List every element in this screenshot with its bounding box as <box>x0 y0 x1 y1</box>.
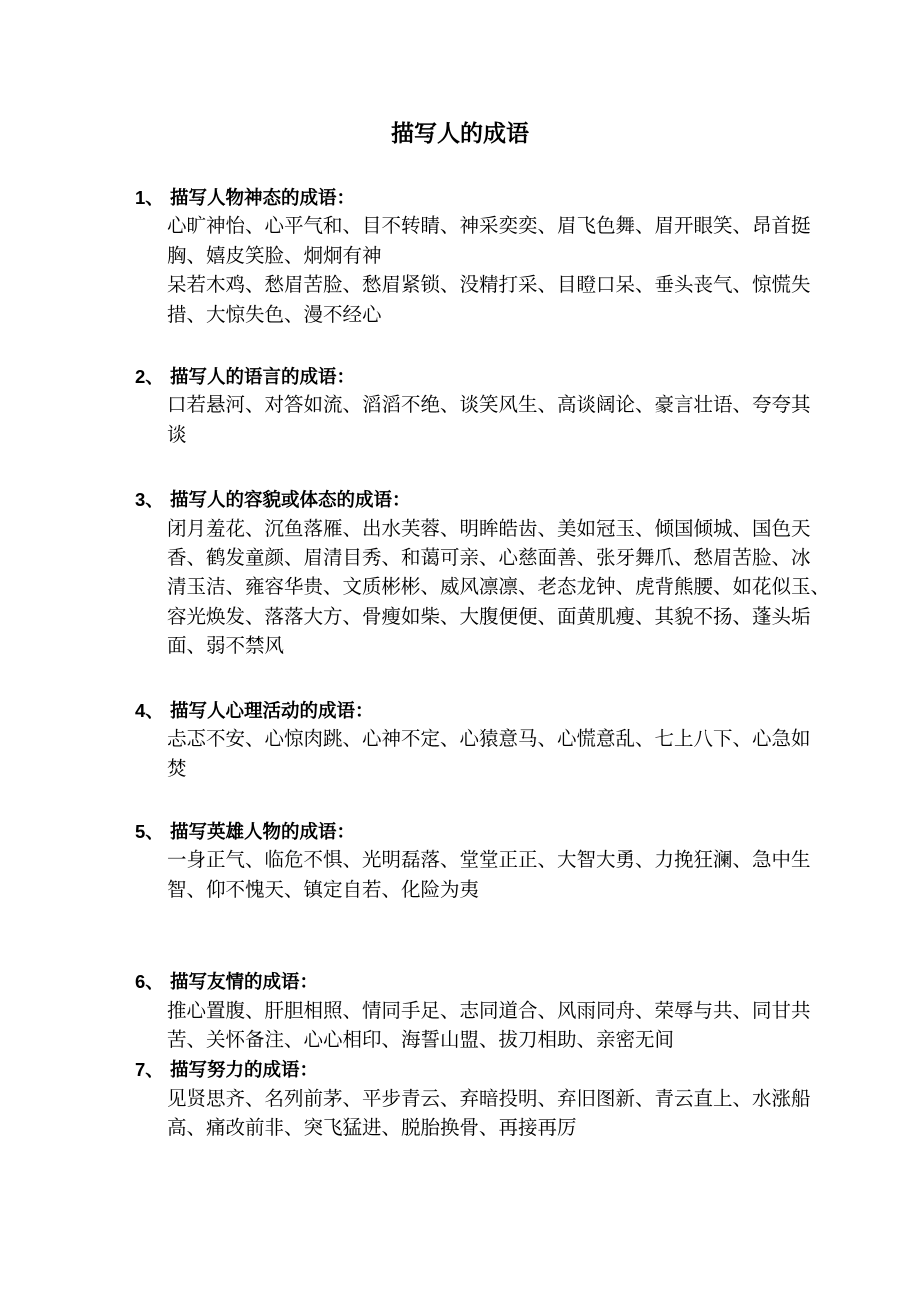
idiom-line: 面、弱不禁风 <box>0 632 920 661</box>
idiom-line: 谈 <box>0 421 920 450</box>
idiom-line: 一身正气、临危不惧、光明磊落、堂堂正正、大智大勇、力挽狂澜、急中生 <box>0 846 920 875</box>
idiom-line: 措、大惊失色、漫不经心 <box>0 301 920 330</box>
section-heading: 4、描写人心理活动的成语： <box>0 696 920 725</box>
idiom-line: 口若悬河、对答如流、滔滔不绝、谈笑风生、高谈阔论、豪言壮语、夸夸其 <box>0 391 920 420</box>
idiom-line: 苦、关怀备注、心心相印、海誓山盟、拔刀相助、亲密无间 <box>0 1026 920 1055</box>
section-heading: 3、描写人的容貌或体态的成语： <box>0 485 920 514</box>
section-number: 1、 <box>135 183 170 212</box>
idiom-line: 忐忑不安、心惊肉跳、心神不定、心猿意马、心慌意乱、七上八下、心急如 <box>0 725 920 754</box>
section-heading: 6、描写友情的成语： <box>0 967 920 996</box>
section-heading-text: 描写人心理活动的成语： <box>170 700 374 721</box>
section-heading-text: 描写英雄人物的成语： <box>170 821 355 842</box>
idiom-line: 见贤思齐、名列前茅、平步青云、弃暗投明、弃旧图新、青云直上、水涨船 <box>0 1085 920 1114</box>
section-number: 4、 <box>135 696 170 725</box>
idiom-line: 高、痛改前非、突飞猛进、脱胎换骨、再接再厉 <box>0 1114 920 1143</box>
section-heading-text: 描写人物神态的成语： <box>170 187 355 208</box>
section-facial-expression: 1、描写人物神态的成语： 心旷神怡、心平气和、目不转睛、神采奕奕、眉飞色舞、眉开… <box>0 183 920 330</box>
section-effort: 7、描写努力的成语： 见贤思齐、名列前茅、平步青云、弃暗投明、弃旧图新、青云直上… <box>0 1055 920 1143</box>
section-heading-text: 描写友情的成语： <box>170 971 318 992</box>
section-psychology: 4、描写人心理活动的成语： 忐忑不安、心惊肉跳、心神不定、心猿意马、心慌意乱、七… <box>0 696 920 784</box>
section-heading: 7、描写努力的成语： <box>0 1055 920 1084</box>
section-heading: 5、描写英雄人物的成语： <box>0 817 920 846</box>
section-number: 7、 <box>135 1055 170 1084</box>
page-title: 描写人的成语 <box>0 0 920 148</box>
idiom-line: 焚 <box>0 755 920 784</box>
section-heading-text: 描写人的语言的成语： <box>170 366 355 387</box>
idiom-line: 智、仰不愧天、镇定自若、化险为夷 <box>0 876 920 905</box>
section-heroes: 5、描写英雄人物的成语： 一身正气、临危不惧、光明磊落、堂堂正正、大智大勇、力挽… <box>0 817 920 905</box>
idiom-line: 闭月羞花、沉鱼落雁、出水芙蓉、明眸皓齿、美如冠玉、倾国倾城、国色天 <box>0 515 920 544</box>
idiom-line: 清玉洁、雍容华贵、文质彬彬、威风凛凛、老态龙钟、虎背熊腰、如花似玉、 <box>0 573 920 602</box>
section-heading-text: 描写努力的成语： <box>170 1059 318 1080</box>
section-number: 6、 <box>135 967 170 996</box>
idiom-line: 推心置腹、肝胆相照、情同手足、志同道合、风雨同舟、荣辱与共、同甘共 <box>0 997 920 1026</box>
idiom-line: 胸、嬉皮笑脸、炯炯有神 <box>0 242 920 271</box>
section-heading-text: 描写人的容貌或体态的成语： <box>170 489 411 510</box>
document-page: 描写人的成语 1、描写人物神态的成语： 心旷神怡、心平气和、目不转睛、神采奕奕、… <box>0 0 920 1302</box>
section-friendship: 6、描写友情的成语： 推心置腹、肝胆相照、情同手足、志同道合、风雨同舟、荣辱与共… <box>0 967 920 1055</box>
idiom-line: 香、鹤发童颜、眉清目秀、和蔼可亲、心慈面善、张牙舞爪、愁眉苦脸、冰 <box>0 544 920 573</box>
idiom-line: 心旷神怡、心平气和、目不转睛、神采奕奕、眉飞色舞、眉开眼笑、昂首挺 <box>0 212 920 241</box>
idiom-line: 呆若木鸡、愁眉苦脸、愁眉紧锁、没精打采、目瞪口呆、垂头丧气、惊慌失 <box>0 271 920 300</box>
idiom-line: 容光焕发、落落大方、骨瘦如柴、大腹便便、面黄肌瘦、其貌不扬、蓬头垢 <box>0 603 920 632</box>
section-speech: 2、描写人的语言的成语： 口若悬河、对答如流、滔滔不绝、谈笑风生、高谈阔论、豪言… <box>0 362 920 450</box>
section-heading: 1、描写人物神态的成语： <box>0 183 920 212</box>
section-number: 3、 <box>135 485 170 514</box>
section-number: 5、 <box>135 817 170 846</box>
section-appearance: 3、描写人的容貌或体态的成语： 闭月羞花、沉鱼落雁、出水芙蓉、明眸皓齿、美如冠玉… <box>0 485 920 661</box>
section-number: 2、 <box>135 362 170 391</box>
section-heading: 2、描写人的语言的成语： <box>0 362 920 391</box>
